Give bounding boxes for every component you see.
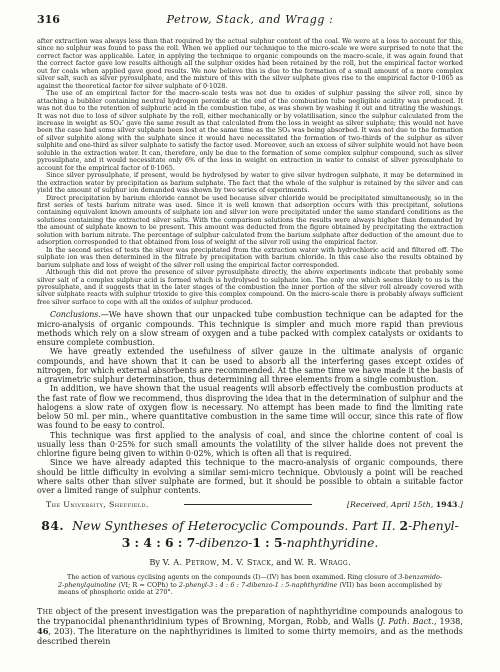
abstract: The action of various cyclising agents o… <box>58 574 442 596</box>
small-type-paragraph: In the second series of tests the silver… <box>37 247 463 269</box>
next-article-title: 84.New Syntheses of Heterocyclic Compoun… <box>37 518 463 551</box>
journal-page: 316 Petrow, Stack, and Wragg : after ext… <box>0 0 500 672</box>
affiliation: The University, Sheffield. <box>37 500 149 509</box>
conclusions-paragraph: This technique was first applied to the … <box>37 431 463 459</box>
article-number: 84. <box>41 518 64 533</box>
byline: By V. A. Petrow, M. V. Stack, and W. R. … <box>37 557 463 567</box>
small-type-paragraph: Direct precipitation by barium chloride … <box>37 195 463 247</box>
article-signoff-row: The University, Sheffield. [Received, Ap… <box>37 500 463 509</box>
small-type-paragraph: Although this did not prove the presence… <box>37 269 463 306</box>
small-type-paragraph: Since silver pyrosulphate, if present, w… <box>37 172 463 194</box>
previous-article-small-type-section: after extraction was always less than th… <box>37 38 463 306</box>
running-header-title: Petrow, Stack, and Wragg : <box>37 13 463 26</box>
conclusions-paragraph: We have greatly extended the usefulness … <box>37 347 463 384</box>
conclusions-paragraph: Conclusions.—We have shown that our unpa… <box>37 310 463 347</box>
article-divider-rule <box>184 504 312 505</box>
conclusions-section: Conclusions.—We have shown that our unpa… <box>37 310 463 495</box>
page-number: 316 <box>37 13 60 26</box>
title-line-2: 3 : 4 : 6 : 7-dibenzo-1 : 5-naphthyridin… <box>122 536 379 550</box>
small-type-paragraph: after extraction was always less than th… <box>37 38 463 90</box>
title-line-1-text: New Syntheses of Heterocyclic Compounds.… <box>72 519 459 533</box>
title-line-1: 84.New Syntheses of Heterocyclic Compoun… <box>41 519 458 533</box>
conclusions-paragraph: Since we have already adapted this techn… <box>37 458 463 495</box>
opening-paragraph: The object of the present investigation … <box>37 606 463 647</box>
running-head: 316 Petrow, Stack, and Wragg : <box>37 13 463 27</box>
received-date: [Received, April 15th, 1943.] <box>347 500 463 509</box>
small-type-paragraph: The use of an empirical factor for the m… <box>37 90 463 172</box>
conclusions-paragraph: In addition, we have shown that the usua… <box>37 384 463 430</box>
